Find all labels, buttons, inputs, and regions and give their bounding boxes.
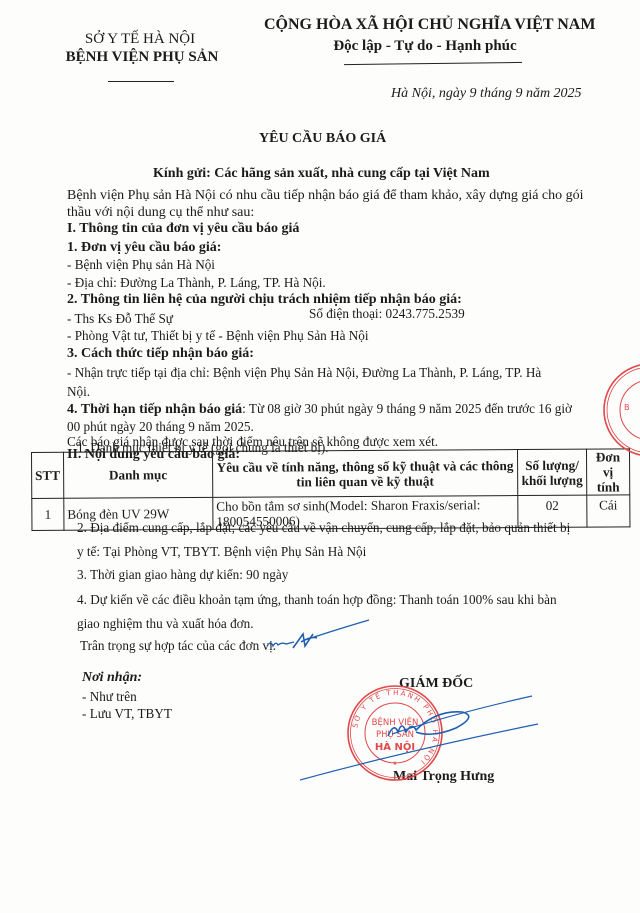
svg-text:B: B: [624, 403, 630, 412]
section-2-item-4-line-1: 4. Dự kiến về các điều khoản tạm ứng, th…: [77, 592, 557, 608]
recipients-heading: Nơi nhận:: [82, 670, 142, 686]
row-stt: 1: [32, 498, 64, 530]
header-qty: Số lượng/ khối lượng: [517, 449, 586, 495]
header-qty-line-2: khối lượng: [521, 472, 583, 487]
header-stt: STT: [32, 452, 64, 498]
initials-signature-icon: [265, 618, 375, 658]
section-2-item-3: 3. Thời gian giao hàng dự kiến: 90 ngày: [77, 567, 288, 583]
equipment-table: STT Danh mục Yêu cầu về tính năng, thông…: [31, 448, 630, 531]
row-spec-line-1: Cho bồn tắm sơ sinh(Model: Sharon Fraxis…: [216, 497, 514, 514]
header-qty-line-1: Số lượng/: [521, 457, 583, 472]
header-spec-line-2: tin liên quan về kỹ thuật: [216, 473, 514, 490]
table-header-row: STT Danh mục Yêu cầu về tính năng, thông…: [32, 449, 630, 499]
section-2-item-2-line-1: 2. Địa điểm cung cấp, lắp đặt; các yêu c…: [77, 520, 570, 536]
header-spec-line-1: Yêu cầu về tính năng, thông số kỹ thuật …: [216, 458, 514, 475]
section-2-item-4-line-2: giao nghiệm thu và xuất hóa đơn.: [77, 616, 254, 632]
header-unit-line-2: tính: [590, 479, 626, 494]
director-signature-icon: [300, 688, 540, 783]
row-unit: Cái: [587, 495, 630, 527]
header-spec: Yêu cầu về tính năng, thông số kỹ thuật …: [212, 450, 517, 498]
recipient-item-2: - Lưu VT, TBYT: [82, 706, 172, 722]
header-name: Danh mục: [63, 451, 212, 498]
section-2-item-2-line-2: y tế: Tại Phòng VT, TBYT. Bệnh viện Phụ …: [77, 544, 366, 560]
closing-line: Trân trọng sự hợp tác của các đơn vị.: [80, 638, 276, 654]
recipient-item-1: - Như trên: [82, 689, 137, 705]
partial-seal-icon: B: [598, 360, 640, 460]
